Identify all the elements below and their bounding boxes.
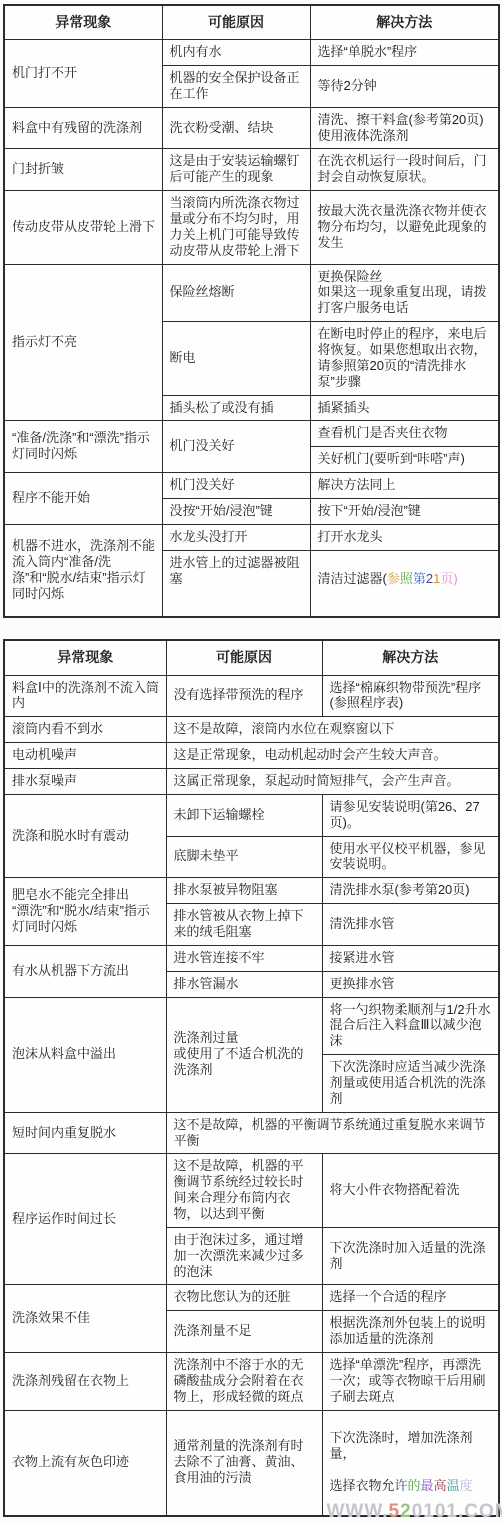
- table-row: 指示灯不亮 保险丝熔断 更换保险丝 如果这一现象重复出现，请拨打客户服务电话: [4, 264, 499, 322]
- solution-cell: 选择“棉麻织物带预洗”程序(参照程序表): [322, 675, 499, 717]
- table-row: 洗涤剂残留在衣物上 洗涤剂中不溶于水的无磷酸盐成分会附着在衣物上，形成轻微的斑点…: [4, 1353, 499, 1411]
- table-row: 泡沫从料盒中溢出 洗涤剂过量 或使用了不适合机洗的洗涤剂 将一勺织物柔顺剂与1/…: [4, 997, 499, 1055]
- solution-cell: 等待2分钟: [310, 65, 499, 107]
- phenomenon-cell: 短时间内重复脱水: [4, 1112, 166, 1154]
- phenomenon-cell: 有水从机器下方流出: [4, 945, 166, 997]
- cause-cell: 进水管连接不牢: [166, 945, 322, 971]
- solution-cell: 清洗、擦干料盒(参考第20页) 使用液体洗涤剂: [310, 107, 499, 149]
- cause-cell: 没按“开始/浸泡”键: [162, 498, 310, 524]
- cause-cell: 当滚筒内所洗涤衣物过量或分布不均匀时，用力关上机门可能导致传动皮带从皮带轮上滑下: [162, 191, 310, 264]
- table-row: “准备/洗涤”和“漂洗”指示灯同时闪烁 机门没关好 查看机门是否夹住衣物: [4, 421, 499, 447]
- cause-cell: 机内有水: [162, 40, 310, 66]
- table-row: 洗涤效果不佳 衣物比您认为的还脏 选择一个合适的程序: [4, 1285, 499, 1311]
- solution-cell: 根据洗涤剂外包装上的说明添加适量的洗涤剂: [322, 1311, 499, 1353]
- phenomenon-cell: 门封折皱: [4, 149, 162, 191]
- site-watermark: WWW.520101.COM: [327, 1500, 502, 1523]
- solution-cell: 按下“开始/浸泡”键: [310, 498, 499, 524]
- phenomenon-cell: 机门打不开: [4, 40, 162, 108]
- cause-cell: 排水泵被异物阻塞: [166, 878, 322, 904]
- merged-note-cell: 这不是故障，滚筒内水位在观察窗以下: [166, 717, 499, 743]
- table-row: 程序不能开始 机门没关好 解决方法同上: [4, 473, 499, 499]
- solution-cell: 将大小件衣物搭配着洗: [322, 1154, 499, 1227]
- phenomenon-cell: 程序不能开始: [4, 473, 162, 525]
- solution-text: 下次洗涤时，增加洗涤剂量，: [330, 1430, 473, 1461]
- solution-cell: 插紧插头: [310, 395, 499, 421]
- merged-note-cell: 这是正常现象，电动机起动时会产生较大声音。: [166, 743, 499, 769]
- cause-cell: 这不是故障，机器的平衡调节系统经过较长时间来合理分布筒内衣物，以达到平衡: [166, 1154, 322, 1227]
- solution-cell: 查看机门是否夹住衣物: [310, 421, 499, 447]
- cause-cell: 机门没关好: [162, 421, 310, 473]
- solution-text: 清洁过滤器(: [318, 571, 387, 586]
- cause-cell: 洗涤剂中不溶于水的无磷酸盐成分会附着在衣物上，形成轻微的斑点: [166, 1353, 322, 1411]
- cause-cell: 插头松了或没有插: [162, 395, 310, 421]
- table-row: 机器不进水，洗涤剂不能流入筒内“准备/洗涤”和“脱水/结束”指示灯同时闪烁 水龙…: [4, 524, 499, 550]
- cause-cell: 由于泡沫过多，通过增加一次漂洗来减少过多的泡沫: [166, 1227, 322, 1285]
- watermark-colored-char: 高: [434, 1478, 447, 1493]
- table-row: 料盒Ⅰ中的洗涤剂不流入筒内 没有选择带预洗的程序 选择“棉麻织物带预洗”程序(参…: [4, 675, 499, 717]
- cause-cell: 保险丝熔断: [162, 264, 310, 322]
- table-row: 滚筒内看不到水 这不是故障，滚筒内水位在观察窗以下: [4, 717, 499, 743]
- table-row: 排水泵噪声 这属正常现象，泵起动时简短排气，会产生声音。: [4, 768, 499, 794]
- phenomenon-cell: 衣物上流有灰色印迹: [4, 1410, 166, 1516]
- col-header-solution: 解决方法: [322, 640, 499, 675]
- watermark-colored-char: 第: [413, 571, 426, 586]
- cause-cell: 机门没关好: [162, 473, 310, 499]
- col-header-solution: 解决方法: [310, 5, 499, 40]
- solution-cell: 将一勺织物柔顺剂与1/2升水混合后注入料盒Ⅲ以减少泡沫: [322, 997, 499, 1055]
- table-row: 门封折皱 这是由于安装运输螺钉后可能产生的现象 在洗衣机运行一段时间后，门封会自…: [4, 149, 499, 191]
- table-row: 电动机噪声 这是正常现象，电动机起动时会产生较大声音。: [4, 743, 499, 769]
- cause-cell: 排水管漏水: [166, 971, 322, 997]
- phenomenon-cell: 滚筒内看不到水: [4, 717, 166, 743]
- phenomenon-cell: 洗涤效果不佳: [4, 1285, 166, 1353]
- solution-cell: 使用水平仪校平机器，参见安装说明。: [322, 836, 499, 878]
- table-row: 有水从机器下方流出 进水管连接不牢 接紧进水管: [4, 945, 499, 971]
- cause-cell: 机器的安全保护设备正在工作: [162, 65, 310, 107]
- solution-cell: 关好机门(要听到“咔嗒”声): [310, 447, 499, 473]
- manual-page: 异常现象 可能原因 解决方法 机门打不开 机内有水 选择“单脱水”程序 机器的安…: [0, 0, 502, 1517]
- solution-cell: 打开水龙头: [310, 524, 499, 550]
- solution-cell: 按最大洗衣量洗涤衣物并使衣物分布均匀，以避免此现象的发生: [310, 191, 499, 264]
- solution-cell: 清洁过滤器(参照第21页): [310, 550, 499, 617]
- table-row: 料盒中有残留的洗涤剂 洗衣粉受潮、结块 清洗、擦干料盒(参考第20页) 使用液体…: [4, 107, 499, 149]
- troubleshooting-table-2: 异常现象 可能原因 解决方法 料盒Ⅰ中的洗涤剂不流入筒内 没有选择带预洗的程序 …: [3, 639, 500, 1516]
- table-row: 衣物上流有灰色印迹 通常剂量的洗涤剂有时去除不了油膏、黄油、食用油的污渍 下次洗…: [4, 1410, 499, 1516]
- solution-cell: 下次洗涤时应适当减少洗涤剂量或使用适合机洗的洗涤剂: [322, 1055, 499, 1113]
- solution-text: 选择衣物允: [330, 1478, 395, 1493]
- merged-note-cell: 这不是故障，机器的平衡调节系统通过重复脱水来调节平衡: [166, 1112, 499, 1154]
- watermark-colored-char: 的: [408, 1478, 421, 1493]
- phenomenon-cell: 机器不进水，洗涤剂不能流入筒内“准备/洗涤”和“脱水/结束”指示灯同时闪烁: [4, 524, 162, 617]
- phenomenon-cell: 肥皂水不能完全排出 “漂洗”和“脱水/结束”指示灯同时闪烁: [4, 878, 166, 946]
- watermark-colored-char: 最: [421, 1478, 434, 1493]
- solution-cell: 选择一个合适的程序: [322, 1285, 499, 1311]
- cause-cell: 底脚未垫平: [166, 836, 322, 878]
- solution-cell: 请参见安装说明(第26、27页)。: [322, 794, 499, 836]
- watermark-colored-char: 许: [395, 1478, 408, 1493]
- solution-cell: 在断电时停止的程序，来电后将恢复。如果您想取出衣物，请参照第20页的“清洗排水泵…: [310, 322, 499, 395]
- solution-cell: 在洗衣机运行一段时间后，门封会自动恢复原状。: [310, 149, 499, 191]
- cause-cell: 洗衣粉受潮、结块: [162, 107, 310, 149]
- solution-text: ): [453, 571, 457, 586]
- phenomenon-cell: 传动皮带从皮带轮上滑下: [4, 191, 162, 264]
- watermark-colored-char: 照: [400, 571, 413, 586]
- phenomenon-cell: 排水泵噪声: [4, 768, 166, 794]
- phenomenon-cell: 电动机噪声: [4, 743, 166, 769]
- cause-cell: 洗涤剂量不足: [166, 1311, 322, 1353]
- col-header-cause: 可能原因: [166, 640, 322, 675]
- cause-cell: 进水管上的过滤器被阻塞: [162, 550, 310, 617]
- solution-cell: 清洗排水泵(参考第20页): [322, 878, 499, 904]
- table-row: 洗涤和脱水时有震动 未卸下运输螺栓 请参见安装说明(第26、27页)。: [4, 794, 499, 836]
- table-row: 机门打不开 机内有水 选择“单脱水”程序: [4, 40, 499, 66]
- cause-cell: 排水管被从衣物上掉下来的绒毛阻塞: [166, 904, 322, 946]
- watermark-colored-char: 参: [387, 571, 400, 586]
- table-row: 短时间内重复脱水 这不是故障，机器的平衡调节系统通过重复脱水来调节平衡: [4, 1112, 499, 1154]
- solution-cell: 更换保险丝 如果这一现象重复出现，请拨打客户服务电话: [310, 264, 499, 322]
- cause-cell: 洗涤剂过量 或使用了不适合机洗的洗涤剂: [166, 997, 322, 1112]
- cause-cell: 未卸下运输螺栓: [166, 794, 322, 836]
- merged-note-cell: 这属正常现象，泵起动时简短排气，会产生声音。: [166, 768, 499, 794]
- col-header-phenomenon: 异常现象: [4, 640, 166, 675]
- phenomenon-cell: 洗涤剂残留在衣物上: [4, 1353, 166, 1411]
- phenomenon-cell: 泡沫从料盒中溢出: [4, 997, 166, 1112]
- cause-cell: 没有选择带预洗的程序: [166, 675, 322, 717]
- solution-cell: 选择“单漂洗”程序，再漂洗一次；或等衣物晾干后用刷子刷去斑点: [322, 1353, 499, 1411]
- cause-cell: 这是由于安装运输螺钉后可能产生的现象: [162, 149, 310, 191]
- phenomenon-cell: “准备/洗涤”和“漂洗”指示灯同时闪烁: [4, 421, 162, 473]
- solution-cell: 下次洗涤时加入适量的洗涤剂: [322, 1227, 499, 1285]
- phenomenon-cell: 料盒中有残留的洗涤剂: [4, 107, 162, 149]
- cause-cell: 水龙头没打开: [162, 524, 310, 550]
- cause-cell: 通常剂量的洗涤剂有时去除不了油膏、黄油、食用油的污渍: [166, 1410, 322, 1516]
- solution-cell: 下次洗涤时，增加洗涤剂量， 选择衣物允许的最高温度 WWW.520101.COM: [322, 1410, 499, 1516]
- col-header-cause: 可能原因: [162, 5, 310, 40]
- solution-cell: 清洗排水管: [322, 904, 499, 946]
- table-row: 肥皂水不能完全排出 “漂洗”和“脱水/结束”指示灯同时闪烁 排水泵被异物阻塞 清…: [4, 878, 499, 904]
- phenomenon-cell: 程序运作时间过长: [4, 1154, 166, 1285]
- troubleshooting-table-1: 异常现象 可能原因 解决方法 机门打不开 机内有水 选择“单脱水”程序 机器的安…: [3, 4, 500, 618]
- table-row: 传动皮带从皮带轮上滑下 当滚筒内所洗涤衣物过量或分布不均匀时，用力关上机门可能导…: [4, 191, 499, 264]
- watermark-colored-char: 度: [460, 1478, 473, 1493]
- col-header-phenomenon: 异常现象: [4, 5, 162, 40]
- watermark-colored-char: 温: [447, 1478, 460, 1493]
- table-spacer: [3, 618, 498, 639]
- watermark-colored-char: 页: [440, 571, 453, 586]
- solution-cell: 解决方法同上: [310, 473, 499, 499]
- solution-cell: 接紧进水管: [322, 945, 499, 971]
- table-header-row: 异常现象 可能原因 解决方法: [4, 640, 499, 675]
- table-row: 程序运作时间过长 这不是故障，机器的平衡调节系统经过较长时间来合理分布筒内衣物，…: [4, 1154, 499, 1227]
- phenomenon-cell: 料盒Ⅰ中的洗涤剂不流入筒内: [4, 675, 166, 717]
- phenomenon-cell: 洗涤和脱水时有震动: [4, 794, 166, 877]
- solution-cell: 更换排水管: [322, 971, 499, 997]
- table-header-row: 异常现象 可能原因 解决方法: [4, 5, 499, 40]
- cause-cell: 衣物比您认为的还脏: [166, 1285, 322, 1311]
- phenomenon-cell: 指示灯不亮: [4, 264, 162, 421]
- solution-cell: 选择“单脱水”程序: [310, 40, 499, 66]
- cause-cell: 断电: [162, 322, 310, 395]
